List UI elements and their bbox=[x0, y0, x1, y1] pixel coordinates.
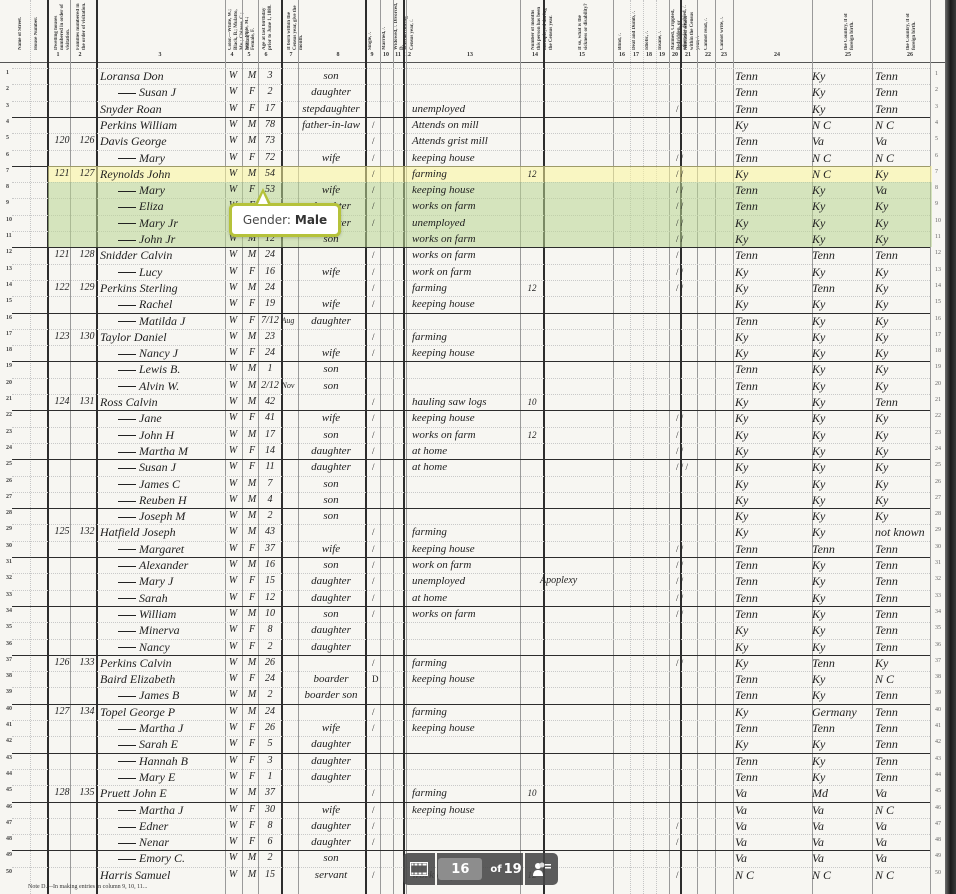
person-name: Reuben H bbox=[100, 493, 238, 507]
marital-mark: / bbox=[372, 167, 408, 181]
row-number: 3 bbox=[6, 103, 9, 109]
mother-birthplace-cell: Tenn bbox=[875, 754, 933, 768]
person-name: Mary bbox=[100, 183, 238, 197]
header-column-label: Single, /. bbox=[368, 0, 374, 52]
family-number: 128 bbox=[76, 248, 98, 262]
mother-birthplace-cell: N C bbox=[875, 118, 933, 132]
person-name: James B bbox=[100, 688, 238, 702]
person-name: Sarah E bbox=[100, 737, 238, 751]
mother-birthplace-cell: Ky bbox=[875, 167, 933, 181]
row-number: 25 bbox=[6, 461, 12, 467]
row-number-right: 21 bbox=[935, 397, 941, 403]
color-cell: W bbox=[226, 640, 240, 654]
father-birthplace-cell: Tenn bbox=[812, 248, 872, 262]
age-cell: 3 bbox=[260, 69, 280, 83]
same-surname-dash bbox=[118, 827, 136, 828]
relationship-cell: wife bbox=[300, 265, 362, 279]
color-cell: W bbox=[226, 721, 240, 735]
birthplace-cell: Ky bbox=[735, 493, 805, 507]
birthplace-cell: Ky bbox=[735, 232, 805, 246]
people-index-button[interactable] bbox=[525, 853, 558, 885]
sex-cell: M bbox=[244, 558, 260, 572]
header-column-label: House Number. bbox=[34, 0, 40, 52]
color-cell: W bbox=[226, 574, 240, 588]
census-header: Name of Street.House Number.Dwelling hou… bbox=[0, 0, 945, 63]
header-column-label: Attended school within the Census year, … bbox=[684, 0, 702, 52]
occupation-cell: unemployed bbox=[412, 102, 522, 116]
occupation-cell: Attends grist mill bbox=[412, 134, 522, 148]
sex-cell: F bbox=[244, 819, 260, 833]
occupation-cell: at home bbox=[412, 591, 522, 605]
occupation-cell: keeping house bbox=[412, 346, 522, 360]
relationship-cell: daughter bbox=[300, 591, 362, 605]
same-surname-dash bbox=[118, 517, 136, 518]
header-column-number: 10 bbox=[383, 52, 389, 58]
given-name: Margaret bbox=[139, 542, 184, 556]
header-column-number: 23 bbox=[721, 52, 727, 58]
occupation-cell: farming bbox=[412, 705, 522, 719]
given-name: Reuben H bbox=[139, 493, 187, 507]
occupation-cell: keeping house bbox=[412, 297, 522, 311]
given-name: Eliza bbox=[139, 199, 164, 213]
family-number: 126 bbox=[76, 134, 98, 148]
given-name: Sarah E bbox=[139, 737, 178, 751]
mother-birthplace-cell: Ky bbox=[875, 493, 933, 507]
color-cell: W bbox=[226, 265, 240, 279]
row-number: 16 bbox=[6, 315, 12, 321]
birthplace-cell: Ky bbox=[735, 411, 805, 425]
birthplace-cell: Tenn bbox=[735, 558, 805, 572]
birthplace-cell: Va bbox=[735, 851, 805, 865]
dwelling-number: 125 bbox=[50, 525, 74, 539]
age-cell: 37 bbox=[260, 786, 280, 800]
marital-mark: / bbox=[372, 346, 408, 360]
marital-mark: / bbox=[372, 607, 408, 621]
father-birthplace-cell: Ky bbox=[812, 607, 872, 621]
header-column-number: 3 bbox=[159, 52, 162, 58]
dwelling-number: 123 bbox=[50, 330, 74, 344]
relationship-cell: stepdaughter bbox=[300, 102, 362, 116]
education-marks: / / bbox=[676, 265, 736, 279]
given-name: Mary bbox=[139, 183, 165, 197]
header-column-number: 25 bbox=[845, 52, 851, 58]
age-cell: 6 bbox=[260, 835, 280, 849]
father-birthplace-cell: Ky bbox=[812, 591, 872, 605]
sex-cell: F bbox=[244, 721, 260, 735]
occupation-cell: works on farm bbox=[412, 428, 522, 442]
sex-cell: F bbox=[244, 803, 260, 817]
color-cell: W bbox=[226, 118, 240, 132]
family-number: 132 bbox=[76, 525, 98, 539]
header-column-label: Name of Street. bbox=[18, 0, 24, 52]
birth-month-cell: Aug bbox=[279, 314, 297, 328]
row-number-right: 35 bbox=[935, 625, 941, 631]
header-column-label: the Country, if of foreign birth. bbox=[844, 0, 856, 52]
color-cell: W bbox=[226, 868, 240, 882]
age-cell: 24 bbox=[260, 346, 280, 360]
row-number-right: 31 bbox=[935, 560, 941, 566]
father-birthplace-cell: Ky bbox=[812, 525, 872, 539]
occupation-cell: works on farm bbox=[412, 199, 522, 213]
age-cell: 78 bbox=[260, 118, 280, 132]
mother-birthplace-cell: N C bbox=[875, 151, 933, 165]
row-number: 38 bbox=[6, 673, 12, 679]
father-birthplace-cell: Ky bbox=[812, 640, 872, 654]
row-number-right: 27 bbox=[935, 495, 941, 501]
mother-birthplace-cell: Tenn bbox=[875, 69, 933, 83]
marital-mark: / bbox=[372, 835, 408, 849]
sex-cell: F bbox=[244, 623, 260, 637]
row-number-right: 44 bbox=[935, 772, 941, 778]
relationship-cell: wife bbox=[300, 183, 362, 197]
birthplace-cell: Tenn bbox=[735, 248, 805, 262]
row-number: 20 bbox=[6, 380, 12, 386]
row-number: 13 bbox=[6, 266, 12, 272]
age-cell: 54 bbox=[260, 167, 280, 181]
occupation-cell: farming bbox=[412, 330, 522, 344]
row-number-right: 4 bbox=[935, 120, 938, 126]
age-cell: 2 bbox=[260, 640, 280, 654]
father-birthplace-cell: Ky bbox=[812, 216, 872, 230]
birthplace-cell: Tenn bbox=[735, 607, 805, 621]
row-number: 48 bbox=[6, 836, 12, 842]
father-birthplace-cell: Ky bbox=[812, 362, 872, 376]
marital-mark: / bbox=[372, 151, 408, 165]
row-number-right: 26 bbox=[935, 479, 941, 485]
color-cell: W bbox=[226, 69, 240, 83]
relationship-cell: daughter bbox=[300, 460, 362, 474]
mother-birthplace-cell: Ky bbox=[875, 216, 933, 230]
person-name: Lewis B. bbox=[100, 362, 238, 376]
marital-mark: / bbox=[372, 118, 408, 132]
mother-birthplace-cell: Tenn bbox=[875, 558, 933, 572]
age-cell: 24 bbox=[260, 672, 280, 686]
color-cell: W bbox=[226, 151, 240, 165]
birthplace-cell: Ky bbox=[735, 118, 805, 132]
marital-mark: / bbox=[372, 183, 408, 197]
image-viewer-toolbar: of 19 bbox=[403, 853, 558, 885]
header-column-label: Cannot read, /. bbox=[704, 0, 710, 52]
row-number-right: 50 bbox=[935, 870, 941, 876]
header-column-label: the Country, if of foreign birth. bbox=[906, 0, 918, 52]
color-cell: W bbox=[226, 591, 240, 605]
row-number: 39 bbox=[6, 689, 12, 695]
father-birthplace-cell: Tenn bbox=[812, 721, 872, 735]
mother-birthplace-cell: Tenn bbox=[875, 688, 933, 702]
age-cell: 23 bbox=[260, 330, 280, 344]
relationship-cell: boarder bbox=[300, 672, 362, 686]
row-number: 49 bbox=[6, 852, 12, 858]
given-name: James B bbox=[139, 688, 179, 702]
dwelling-number: 120 bbox=[50, 134, 74, 148]
color-cell: W bbox=[226, 248, 240, 262]
same-surname-dash bbox=[118, 501, 136, 502]
same-surname-dash bbox=[118, 615, 136, 616]
person-name: Alexander bbox=[100, 558, 238, 572]
color-cell: W bbox=[226, 737, 240, 751]
row-number: 29 bbox=[6, 526, 12, 532]
sex-cell: F bbox=[244, 444, 260, 458]
birthplace-cell: Ky bbox=[735, 640, 805, 654]
row-number-right: 9 bbox=[935, 201, 938, 207]
father-birthplace-cell: Ky bbox=[812, 493, 872, 507]
color-cell: W bbox=[226, 754, 240, 768]
education-marks: / bbox=[676, 248, 736, 262]
mother-birthplace-cell: Tenn bbox=[875, 85, 933, 99]
row-number-right: 38 bbox=[935, 674, 941, 680]
row-number: 41 bbox=[6, 722, 12, 728]
mother-birthplace-cell: Ky bbox=[875, 314, 933, 328]
given-name: William bbox=[139, 607, 176, 621]
same-surname-dash bbox=[118, 93, 136, 94]
row-number: 23 bbox=[6, 429, 12, 435]
education-marks: / / bbox=[676, 444, 736, 458]
mother-birthplace-cell: Ky bbox=[875, 281, 933, 295]
mother-birthplace-cell: Tenn bbox=[875, 248, 933, 262]
father-birthplace-cell: Md bbox=[812, 786, 872, 800]
education-marks: / / bbox=[676, 232, 736, 246]
age-cell: 43 bbox=[260, 525, 280, 539]
color-cell: W bbox=[226, 770, 240, 784]
tooltip-value: Male bbox=[295, 213, 327, 227]
marital-mark: / bbox=[372, 819, 408, 833]
months-unemployed-cell: 10 bbox=[522, 786, 542, 800]
age-cell: 2 bbox=[260, 509, 280, 523]
person-name: Reynolds John bbox=[100, 167, 220, 181]
occupation-cell: keeping house bbox=[412, 721, 522, 735]
row-number: 18 bbox=[6, 347, 12, 353]
relationship-cell: daughter bbox=[300, 623, 362, 637]
person-name: Joseph M bbox=[100, 509, 238, 523]
row-number: 43 bbox=[6, 755, 12, 761]
color-cell: W bbox=[226, 819, 240, 833]
family-number: 129 bbox=[76, 281, 98, 295]
mother-birthplace-cell: Tenn bbox=[875, 574, 933, 588]
row-number-right: 6 bbox=[935, 153, 938, 159]
sex-cell: M bbox=[244, 248, 260, 262]
mother-birthplace-cell: Va bbox=[875, 835, 933, 849]
header-column-label: Insane, /. bbox=[658, 0, 664, 52]
education-marks: / / bbox=[676, 558, 736, 572]
people-list-icon bbox=[532, 861, 552, 877]
field-tooltip: Gender:Male bbox=[229, 203, 341, 237]
header-column-number: 17 bbox=[633, 52, 639, 58]
marital-mark: / bbox=[372, 803, 408, 817]
color-cell: W bbox=[226, 444, 240, 458]
color-cell: W bbox=[226, 102, 240, 116]
header-column-number: 18 bbox=[646, 52, 652, 58]
same-surname-dash bbox=[118, 191, 136, 192]
education-marks: / / bbox=[676, 574, 736, 588]
person-name: John H bbox=[100, 428, 238, 442]
age-cell: 15 bbox=[260, 574, 280, 588]
occupation-cell: at home bbox=[412, 444, 522, 458]
birthplace-cell: Tenn bbox=[735, 688, 805, 702]
father-birthplace-cell: Ky bbox=[812, 85, 872, 99]
header-column-number: 1 bbox=[57, 52, 60, 58]
tooltip-arrow-inner bbox=[258, 193, 268, 204]
marital-mark: / bbox=[372, 558, 408, 572]
row-number: 22 bbox=[6, 412, 12, 418]
age-cell: 42 bbox=[260, 395, 280, 409]
marital-mark: / bbox=[372, 330, 408, 344]
row-number-right: 15 bbox=[935, 299, 941, 305]
row-number: 12 bbox=[6, 249, 12, 255]
birthplace-cell: Tenn bbox=[735, 102, 805, 116]
sex-cell: M bbox=[244, 525, 260, 539]
color-cell: W bbox=[226, 803, 240, 817]
occupation-cell: keeping house bbox=[412, 803, 522, 817]
birthplace-cell: Va bbox=[735, 819, 805, 833]
row-number-right: 11 bbox=[935, 234, 941, 240]
months-unemployed-cell: 12 bbox=[522, 281, 542, 295]
birthplace-cell: Tenn bbox=[735, 199, 805, 213]
row-number: 33 bbox=[6, 592, 12, 598]
mother-birthplace-cell: Ky bbox=[875, 232, 933, 246]
person-name: Loransa Don bbox=[100, 69, 220, 83]
person-name: Edner bbox=[100, 819, 238, 833]
row-number-right: 42 bbox=[935, 739, 941, 745]
page-binding-edge bbox=[945, 0, 956, 894]
occupation-cell: farming bbox=[412, 167, 522, 181]
given-name: Mary Jr bbox=[139, 216, 178, 230]
marital-mark: / bbox=[372, 705, 408, 719]
father-birthplace-cell: Ky bbox=[812, 509, 872, 523]
father-birthplace-cell: Ky bbox=[812, 314, 872, 328]
mother-birthplace-cell: Tenn bbox=[875, 102, 933, 116]
row-number-right: 34 bbox=[935, 609, 941, 615]
age-cell: 8 bbox=[260, 819, 280, 833]
family-number: 130 bbox=[76, 330, 98, 344]
person-name: Mary E bbox=[100, 770, 238, 784]
age-cell: 73 bbox=[260, 134, 280, 148]
row-number: 4 bbox=[6, 119, 9, 125]
marital-mark: / bbox=[372, 281, 408, 295]
given-name: Mary J bbox=[139, 574, 173, 588]
father-birthplace-cell: Va bbox=[812, 803, 872, 817]
row-number: 32 bbox=[6, 575, 12, 581]
mother-birthplace-cell: Ky bbox=[875, 444, 933, 458]
sex-cell: F bbox=[244, 297, 260, 311]
header-column-number: 13 bbox=[467, 52, 473, 58]
age-cell: 41 bbox=[260, 411, 280, 425]
header-column-label: Blind, /. bbox=[618, 0, 624, 52]
given-name: Minerva bbox=[139, 623, 180, 637]
father-birthplace-cell: Ky bbox=[812, 183, 872, 197]
birthplace-cell: N C bbox=[735, 868, 805, 882]
mother-birthplace-cell: Tenn bbox=[875, 721, 933, 735]
footer-note: Note D.—In making entries in column 9, 1… bbox=[28, 884, 147, 890]
row-number-right: 20 bbox=[935, 381, 941, 387]
education-marks: / bbox=[676, 835, 736, 849]
relationship-cell: son bbox=[300, 493, 362, 507]
relationship-cell: son bbox=[300, 362, 362, 376]
row-number-right: 24 bbox=[935, 446, 941, 452]
education-marks: / / bbox=[676, 199, 736, 213]
age-cell: 3 bbox=[260, 754, 280, 768]
same-surname-dash bbox=[118, 647, 136, 648]
row-number-right: 2 bbox=[935, 87, 938, 93]
father-birthplace-cell: Ky bbox=[812, 770, 872, 784]
person-name: John Jr bbox=[100, 232, 238, 246]
relationship-cell: wife bbox=[300, 411, 362, 425]
row-number-right: 19 bbox=[935, 364, 941, 370]
occupation-cell: at home bbox=[412, 460, 522, 474]
age-cell: 17 bbox=[260, 428, 280, 442]
given-name: John Jr bbox=[139, 232, 175, 246]
relationship-cell: son bbox=[300, 607, 362, 621]
sex-cell: F bbox=[244, 542, 260, 556]
color-cell: W bbox=[226, 362, 240, 376]
total-pages: 19 bbox=[504, 862, 522, 877]
row-number-right: 16 bbox=[935, 316, 941, 322]
row-number-right: 25 bbox=[935, 462, 941, 468]
given-name: Edner bbox=[139, 819, 168, 833]
relationship-cell: father-in-law bbox=[300, 118, 362, 132]
row-number-right: 32 bbox=[935, 576, 941, 582]
father-birthplace-cell: Ky bbox=[812, 199, 872, 213]
page-number-input[interactable] bbox=[438, 858, 482, 880]
filmstrip-icon bbox=[410, 862, 428, 876]
age-cell: 12 bbox=[260, 591, 280, 605]
same-surname-dash bbox=[118, 582, 136, 583]
birthplace-cell: Ky bbox=[735, 428, 805, 442]
father-birthplace-cell: Va bbox=[812, 134, 872, 148]
filmstrip-button[interactable] bbox=[403, 853, 435, 885]
father-birthplace-cell: Ky bbox=[812, 265, 872, 279]
occupation-cell: hauling saw logs bbox=[412, 395, 522, 409]
occupation-cell: keeping house bbox=[412, 411, 522, 425]
birthplace-cell: Tenn bbox=[735, 362, 805, 376]
row-number: 17 bbox=[6, 331, 12, 337]
marital-mark: / bbox=[372, 656, 408, 670]
birthplace-cell: Tenn bbox=[735, 379, 805, 393]
education-marks: / / bbox=[676, 216, 736, 230]
sex-cell: M bbox=[244, 656, 260, 670]
education-marks: / / bbox=[676, 151, 736, 165]
sex-cell: M bbox=[244, 493, 260, 507]
marital-mark: / bbox=[372, 265, 408, 279]
age-cell: 24 bbox=[260, 248, 280, 262]
mother-birthplace-cell: Tenn bbox=[875, 770, 933, 784]
given-name: Martha J bbox=[139, 721, 183, 735]
color-cell: W bbox=[226, 297, 240, 311]
birthplace-cell: Ky bbox=[735, 346, 805, 360]
relationship-cell: wife bbox=[300, 803, 362, 817]
given-name: Nancy J bbox=[139, 346, 178, 360]
father-birthplace-cell: Ky bbox=[812, 623, 872, 637]
family-number: 134 bbox=[76, 705, 98, 719]
relationship-cell: daughter bbox=[300, 640, 362, 654]
age-cell: 14 bbox=[260, 444, 280, 458]
color-cell: W bbox=[226, 851, 240, 865]
row-number: 19 bbox=[6, 363, 12, 369]
color-cell: W bbox=[226, 542, 240, 556]
relationship-cell: boarder son bbox=[300, 688, 362, 702]
birthplace-cell: Va bbox=[735, 786, 805, 800]
occupation-cell: unemployed bbox=[412, 574, 522, 588]
person-name: Martha M bbox=[100, 444, 238, 458]
mother-birthplace-cell: Va bbox=[875, 183, 933, 197]
sex-cell: M bbox=[244, 786, 260, 800]
person-name: Jane bbox=[100, 411, 238, 425]
row-number: 37 bbox=[6, 657, 12, 663]
age-cell: 26 bbox=[260, 656, 280, 670]
given-name: Susan J bbox=[139, 460, 176, 474]
father-birthplace-cell: Va bbox=[812, 835, 872, 849]
row-number-right: 45 bbox=[935, 788, 941, 794]
row-number-right: 40 bbox=[935, 707, 941, 713]
